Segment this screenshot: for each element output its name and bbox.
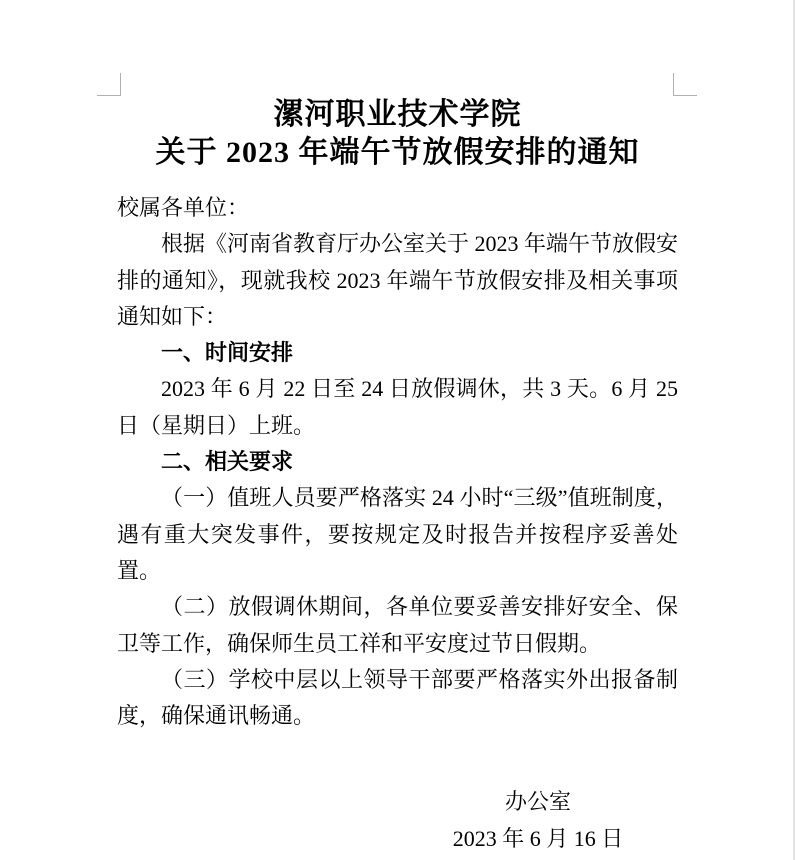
- text-boundary-mark-top-left-icon: [97, 73, 121, 96]
- document-body: 校属各单位： 根据《河南省教育厅办公室关于 2023 年端午节放假安排的通知》，…: [117, 190, 678, 857]
- signature-office: 办公室: [398, 784, 678, 820]
- section-2-heading: 二、相关要求: [117, 444, 678, 480]
- notice-item-2: （二）放假调休期间，各单位要妥善安排好安全、保卫等工作，确保师生员工祥和平安度过…: [117, 589, 678, 662]
- document-title-line2: 关于 2023 年端午节放假安排的通知: [0, 134, 795, 172]
- salutation: 校属各单位：: [117, 190, 678, 226]
- section-1-heading: 一、时间安排: [117, 335, 678, 371]
- signature-block: 办公室 2023 年 6 月 16 日: [398, 784, 678, 857]
- notice-item-1: （一）值班人员要严格落实 24 小时“三级”值班制度，遇有重大突发事件，要按规定…: [117, 480, 678, 589]
- document-page: 漯河职业技术学院 关于 2023 年端午节放假安排的通知 校属各单位： 根据《河…: [0, 0, 795, 860]
- document-title-line1: 漯河职业技术学院: [0, 96, 795, 134]
- notice-item-3: （三）学校中层以上领导干部要严格落实外出报备制度，确保通讯畅通。: [117, 662, 678, 735]
- intro-paragraph: 根据《河南省教育厅办公室关于 2023 年端午节放假安排的通知》，现就我校 20…: [117, 226, 678, 335]
- section-1-text: 2023 年 6 月 22 日至 24 日放假调休，共 3 天。6 月 25 日…: [117, 371, 678, 444]
- text-boundary-mark-top-right-icon: [673, 73, 697, 96]
- signature-date: 2023 年 6 月 16 日: [398, 821, 678, 857]
